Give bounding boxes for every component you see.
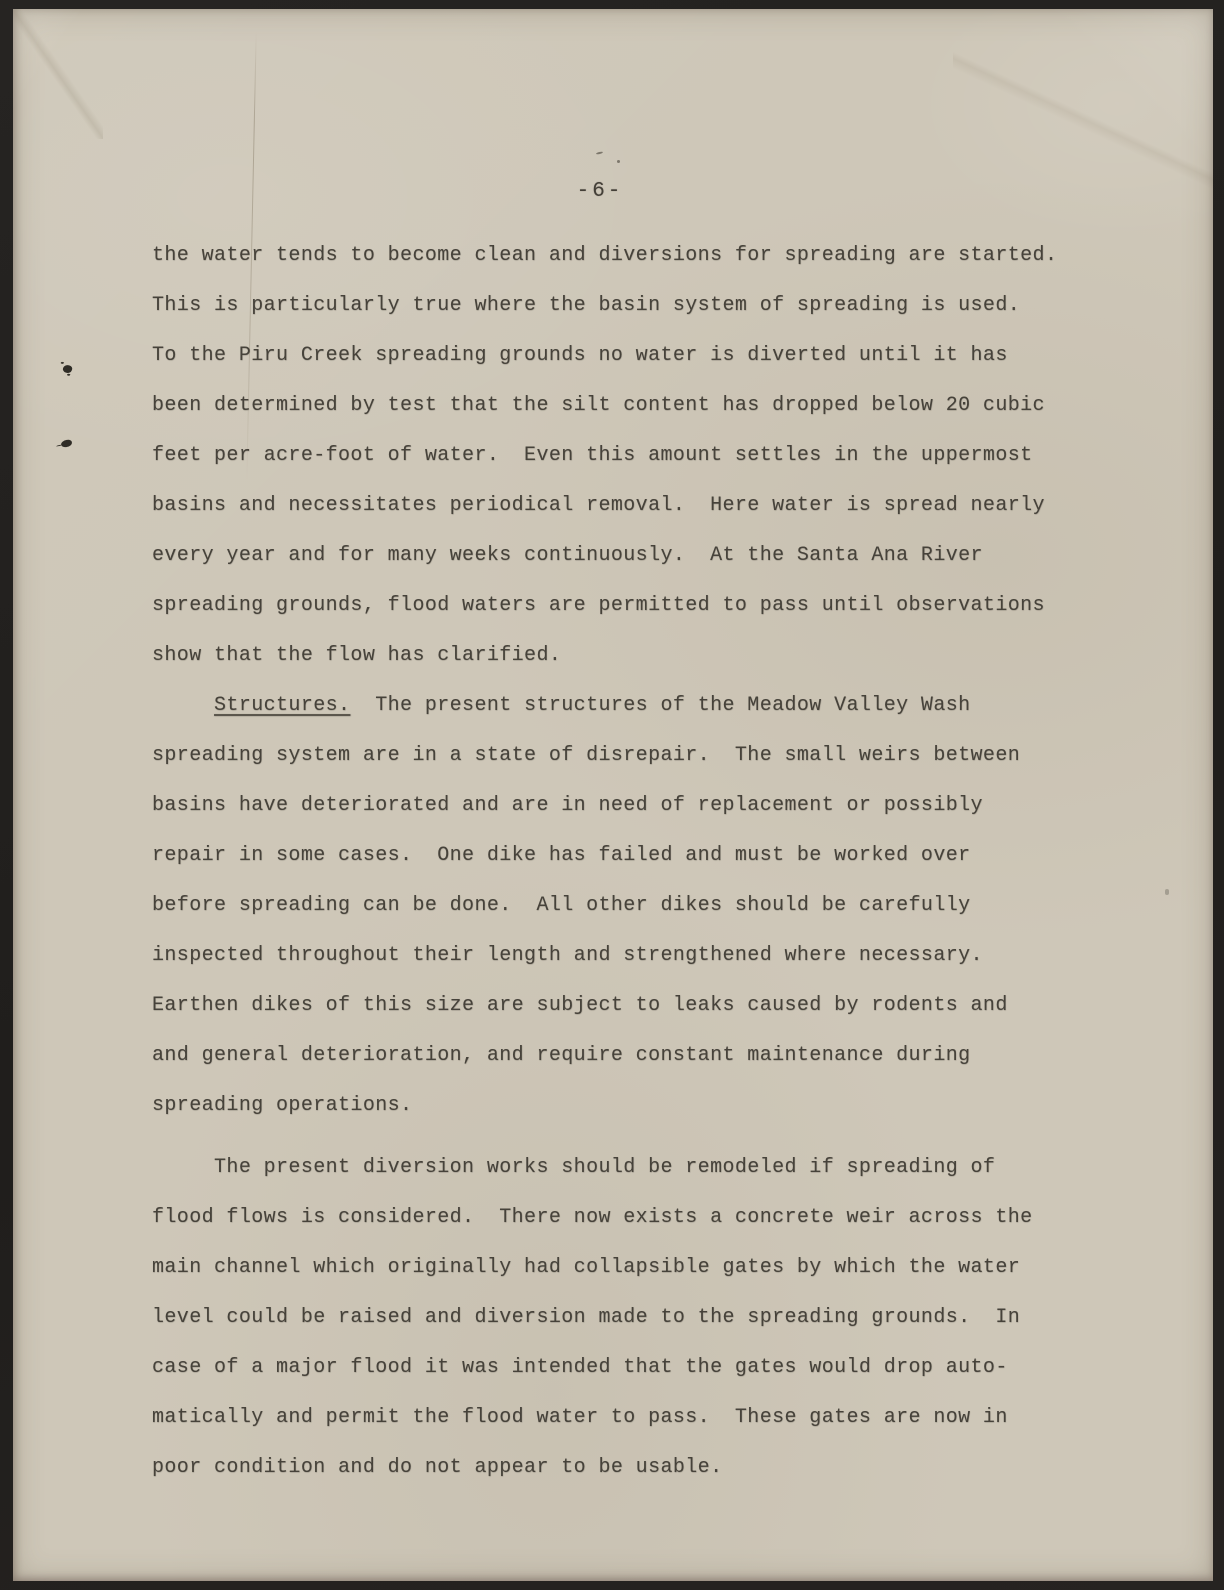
margin-ink-smudge [61,439,73,447]
ink-speck [617,160,620,163]
page-number: -6- [13,180,1187,203]
text-line: matically and permit the flood water to … [152,1393,1112,1443]
text-line: main channel which originally had collap… [152,1243,1112,1293]
text-line: spreading grounds, flood waters are perm… [152,581,1112,631]
text-line: To the Piru Creek spreading grounds no w… [152,331,1112,381]
text-line: feet per acre-foot of water. Even this a… [152,431,1112,481]
text-line: basins and necessitates periodical remov… [152,481,1112,531]
paragraph: the water tends to become clean and dive… [152,231,1112,681]
text-line: and general deterioration, and require c… [152,1031,1112,1081]
text-line: flood flows is considered. There now exi… [152,1193,1112,1243]
text-line: This is particularly true where the basi… [152,281,1112,331]
document-page: -6- the water tends to become clean and … [13,9,1213,1581]
paragraph: Structures. The present structures of th… [152,681,1112,1131]
ink-speck [1165,889,1169,895]
text-line: Structures. The present structures of th… [152,681,1112,731]
text-line: Earthen dikes of this size are subject t… [152,981,1112,1031]
lead-line-text: The present structures of the Meadow Val… [350,694,970,717]
scan-background: -6- the water tends to become clean and … [0,0,1224,1590]
underlined-heading: Structures. [214,694,350,717]
text-line: repair in some cases. One dike has faile… [152,831,1112,881]
ink-speck [596,151,603,155]
text-line: every year and for many weeks continuous… [152,531,1112,581]
text-line: level could be raised and diversion made… [152,1293,1112,1343]
text-line: poor condition and do not appear to be u… [152,1443,1112,1493]
text-line: been determined by test that the silt co… [152,381,1112,431]
paper-fold-top-left [13,9,103,139]
margin-ink-smudge [62,364,73,375]
text-line: basins have deteriorated and are in need… [152,781,1112,831]
paragraph-indent [152,694,214,717]
text-line: The present diversion works should be re… [152,1143,1112,1193]
text-line: inspected throughout their length and st… [152,931,1112,981]
typewritten-text-block: the water tends to become clean and dive… [152,231,1112,1493]
text-line: spreading operations. [152,1081,1112,1131]
text-line: before spreading can be done. All other … [152,881,1112,931]
text-line: show that the flow has clarified. [152,631,1112,681]
paragraph: The present diversion works should be re… [152,1143,1112,1493]
text-line: case of a major flood it was intended th… [152,1343,1112,1393]
text-line: the water tends to become clean and dive… [152,231,1112,281]
text-line: spreading system are in a state of disre… [152,731,1112,781]
